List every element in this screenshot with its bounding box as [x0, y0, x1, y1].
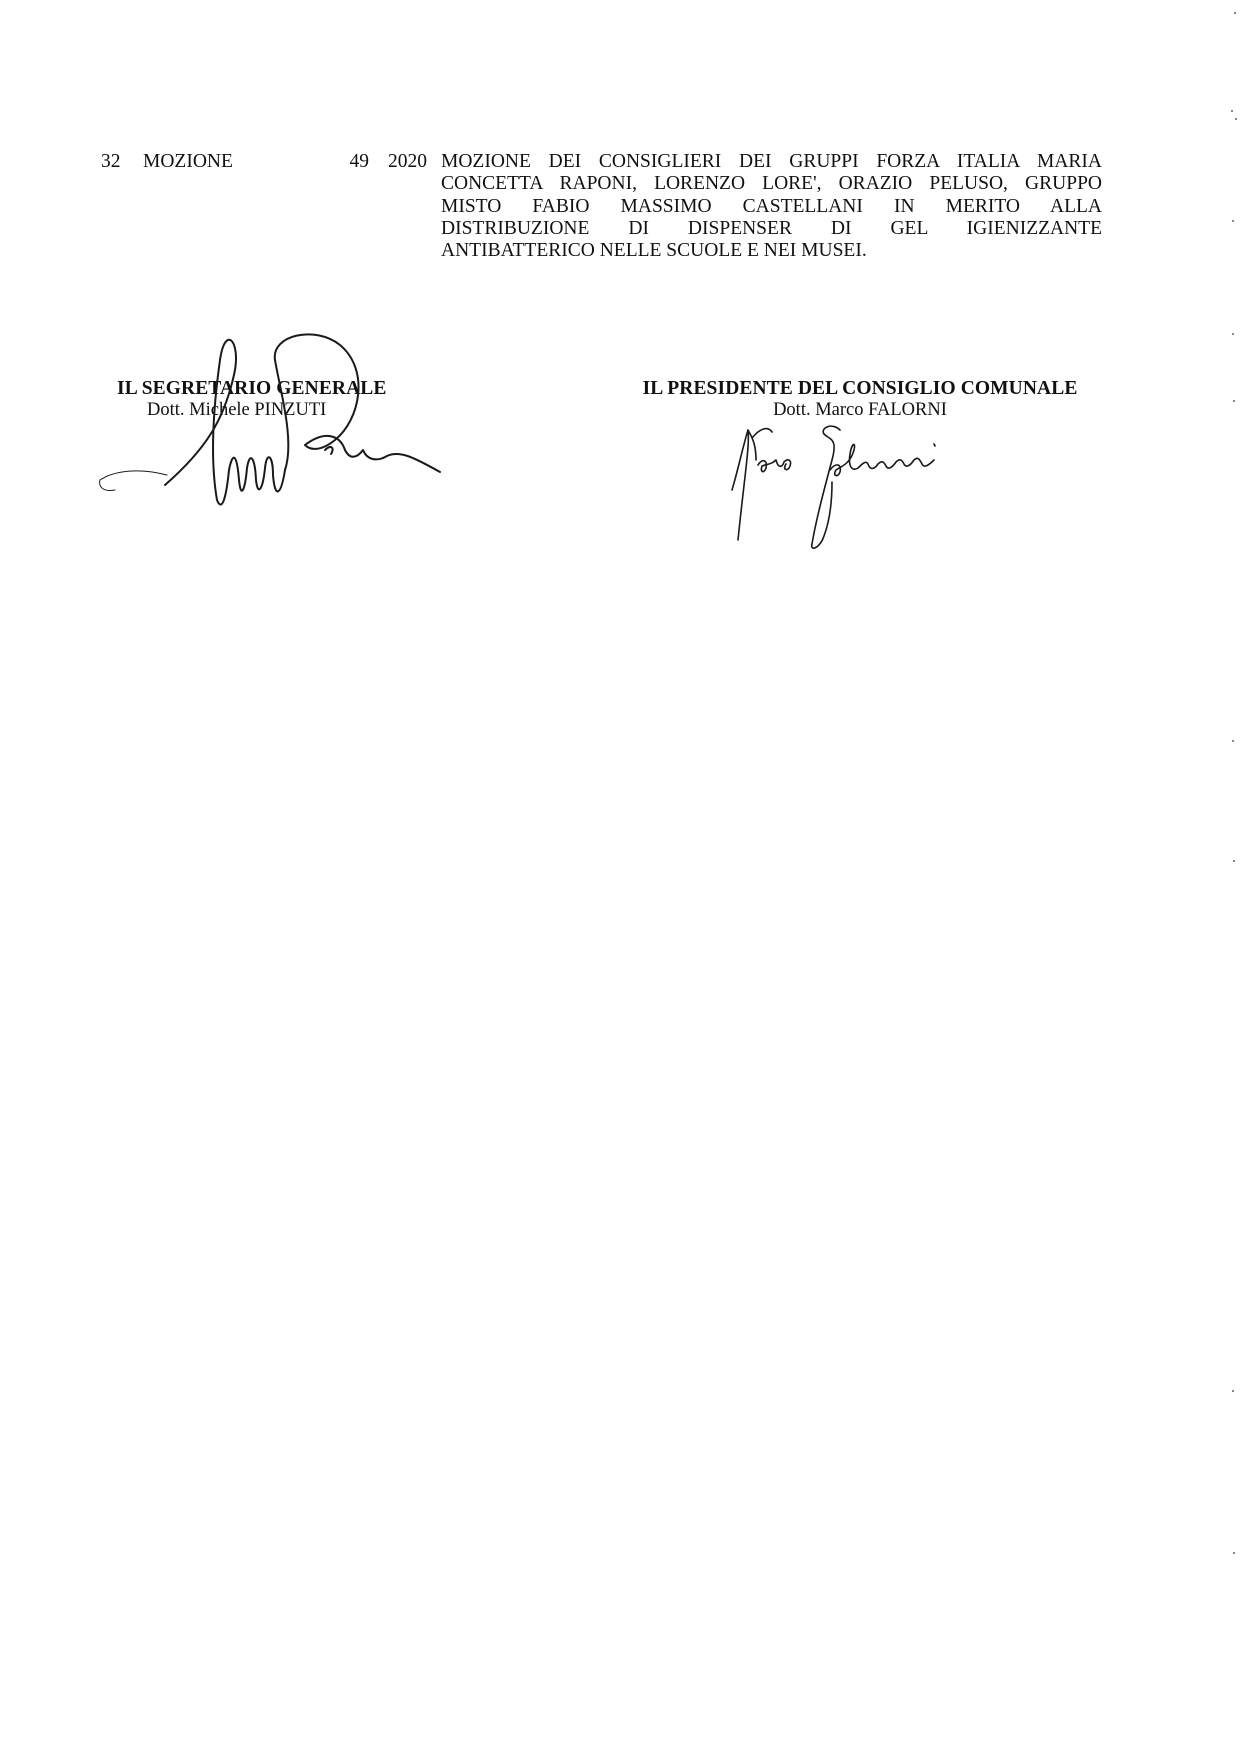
- description-line: DISTRIBUZIONE DI DISPENSER DI GEL IGIENI…: [441, 218, 1102, 240]
- signatory-name: Dott. Marco FALORNI: [620, 400, 1100, 421]
- scan-artifact: [1234, 12, 1236, 14]
- document-page: 32 MOZIONE 49 2020 MOZIONE DEI CONSIGLIE…: [0, 0, 1240, 1754]
- motion-type: MOZIONE: [143, 151, 233, 173]
- scan-artifact: [1232, 740, 1234, 742]
- description-line: CONCETTA RAPONI, LORENZO LORE', ORAZIO P…: [441, 173, 1102, 195]
- description-line: MISTO FABIO MASSIMO CASTELLANI IN MERITO…: [441, 196, 1102, 218]
- signature-block-president: IL PRESIDENTE DEL CONSIGLIO COMUNALE Dot…: [620, 378, 1100, 421]
- scan-artifact: [1232, 333, 1234, 335]
- motion-number: 32: [101, 151, 121, 173]
- description-line: MOZIONE DEI CONSIGLIERI DEI GRUPPI FORZA…: [441, 151, 1102, 173]
- motion-description: MOZIONE DEI CONSIGLIERI DEI GRUPPI FORZA…: [441, 151, 1102, 262]
- scan-artifact: [1233, 860, 1235, 862]
- handwritten-signature-president: [720, 420, 980, 550]
- scan-artifact: [1232, 220, 1234, 222]
- scan-artifact: [1235, 118, 1237, 120]
- scan-artifact: [1233, 400, 1235, 402]
- handwritten-signature-secretary: [95, 330, 455, 520]
- act-number: 49: [330, 151, 369, 173]
- signatory-role: IL PRESIDENTE DEL CONSIGLIO COMUNALE: [620, 378, 1100, 400]
- scan-artifact: [1232, 1390, 1234, 1392]
- description-line: ANTIBATTERICO NELLE SCUOLE E NEI MUSEI.: [441, 240, 1102, 262]
- motion-year: 2020: [388, 151, 427, 173]
- scan-artifact: [1233, 1552, 1235, 1554]
- scan-artifact: [1231, 110, 1233, 112]
